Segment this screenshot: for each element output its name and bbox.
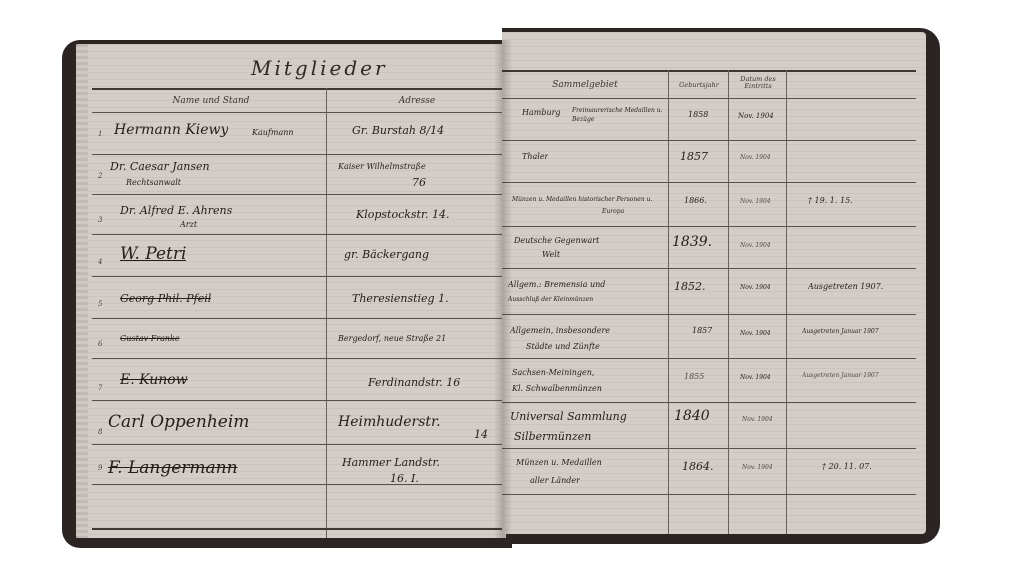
collecting-area: Hamburg [522, 108, 561, 117]
row-number: 5 [98, 300, 102, 308]
row-rule [92, 276, 506, 277]
row-rule [502, 314, 916, 315]
row-number: 7 [98, 384, 102, 392]
member-occupation: Kaufmann [252, 128, 294, 137]
member-occupation: Rechtsanwalt [126, 178, 181, 187]
birth-year: 1840 [674, 408, 710, 424]
page-title: Mitglieder [251, 56, 388, 80]
column-header-collecting-area: Sammelgebiet [502, 80, 668, 90]
collecting-area-detail: Ausschluß der Kleinmünzen [508, 296, 593, 303]
page-edge-stack [76, 44, 88, 538]
entry-date: Nov. 1904 [738, 112, 774, 120]
birth-year: 1852. [674, 280, 706, 293]
member-address: Heimhuderstr. [338, 414, 441, 430]
row-rule [502, 268, 916, 269]
member-address: Gr. Burstah 8/14 [352, 124, 444, 137]
row-rule [92, 234, 506, 235]
member-name: Dr. Caesar Jansen [110, 160, 210, 173]
bottom-rule [92, 528, 506, 530]
remarks: † 20. 11. 07. [822, 462, 872, 471]
remarks: Ausgetreten 1907. [808, 282, 883, 291]
collecting-area: Allgem.: Bremensia und [508, 280, 605, 289]
right-page: Sammelgebiet Geburtsjahr Datum des Eintr… [502, 32, 926, 534]
collecting-area-detail: Silbermünzen [514, 430, 591, 443]
row-rule [92, 194, 506, 195]
row-number: 2 [98, 172, 102, 180]
row-rule [502, 402, 916, 403]
member-name: Dr. Alfred E. Ahrens [120, 204, 232, 217]
member-name: Carl Oppenheim [108, 412, 249, 432]
row-number: 1 [98, 130, 102, 138]
column-header-address: Adresse [328, 96, 506, 106]
member-name: W. Petri [120, 244, 186, 264]
row-rule [502, 226, 916, 227]
collecting-area-detail: Europa [602, 208, 624, 215]
collecting-area: Münzen u. Medaillen [516, 458, 602, 467]
entry-date: Nov. 1904 [742, 464, 773, 471]
entry-date: Nov. 1904 [742, 416, 773, 423]
column-header-name: Name und Stand [106, 96, 316, 106]
birth-year: 1866. [684, 196, 707, 205]
member-address-line2: 14 [474, 428, 488, 441]
member-address: Kaiser Wilhelmstraße [338, 162, 426, 171]
entry-date: Nov. 1904 [740, 374, 771, 381]
entry-date: Nov. 1904 [740, 284, 771, 291]
book-gutter [494, 40, 512, 538]
collecting-area-detail: Freimaurerische Medaillen u. Bezüge [572, 106, 666, 124]
member-name: E. Kunow [120, 372, 188, 388]
birth-year: 1839. [672, 234, 712, 250]
member-address: gr. Bäckergang [344, 248, 429, 261]
row-rule [502, 358, 916, 359]
row-rule [92, 358, 506, 359]
header-bottom-rule [92, 112, 506, 113]
header-bottom-rule [502, 98, 916, 99]
row-number: 8 [98, 428, 102, 436]
left-page: Mitglieder Name und Stand Adresse 1 Herm… [76, 44, 506, 538]
remarks: Ausgetreten Januar 1907 [802, 372, 879, 379]
member-address: Hammer Landstr. [342, 456, 440, 469]
member-address: Klopstockstr. 14. [356, 208, 450, 221]
row-rule [92, 484, 506, 485]
collecting-area-detail: Welt [542, 250, 560, 259]
row-rule [92, 444, 506, 445]
entry-date: Nov. 1904 [740, 198, 771, 205]
birth-year: 1864. [682, 460, 714, 473]
row-number: 4 [98, 258, 102, 266]
header-top-rule [502, 70, 916, 72]
collecting-area: Thaler [522, 152, 548, 161]
ledger-book: Mitglieder Name und Stand Adresse 1 Herm… [62, 28, 940, 548]
row-rule [92, 318, 506, 319]
birth-year: 1858 [688, 110, 708, 119]
collecting-area-detail: Kl. Schwalbenmünzen [512, 384, 602, 393]
member-name: F. Langermann [108, 458, 238, 478]
collecting-area: Sachsen-Meiningen, [512, 368, 594, 377]
member-name: Hermann Kiewy [114, 122, 228, 138]
member-name: Georg Phil. Pfeil [120, 292, 211, 305]
collecting-area: Münzen u. Medaillen historischer Persone… [512, 196, 666, 203]
member-address-line2: 76 [412, 176, 426, 189]
row-rule [92, 400, 506, 401]
member-address: Ferdinandstr. 16 [368, 376, 460, 389]
row-rule [502, 494, 916, 495]
member-address: Bergedorf, neue Straße 21 [338, 334, 446, 343]
header-top-rule [92, 88, 506, 90]
row-number: 3 [98, 216, 102, 224]
member-address-line2: 16. I. [390, 472, 419, 485]
collecting-area-detail: Städte und Zünfte [526, 342, 600, 351]
row-rule [92, 154, 506, 155]
collecting-area: Deutsche Gegenwart [514, 236, 599, 245]
member-address: Theresienstieg 1. [352, 292, 449, 305]
birth-year: 1857 [680, 150, 708, 163]
entry-date: Nov. 1904 [740, 154, 771, 161]
column-divider [326, 88, 327, 538]
member-name: Gustav Franke [120, 334, 180, 343]
row-rule [502, 448, 916, 449]
row-rule [502, 140, 916, 141]
birth-year: 1855 [684, 372, 704, 381]
column-header-entry-date: Datum des Eintritts [730, 76, 786, 90]
entry-date: Nov. 1904 [740, 242, 771, 249]
member-occupation: Arzt [180, 220, 197, 229]
row-number: 6 [98, 340, 102, 348]
row-rule [502, 182, 916, 183]
collecting-area: Universal Sammlung [510, 410, 627, 423]
birth-year: 1857 [692, 326, 712, 335]
row-number: 9 [98, 464, 102, 472]
collecting-area: Allgemein, insbesondere [510, 326, 610, 335]
remarks: Ausgetreten Januar 1907 [802, 328, 879, 335]
entry-date: Nov. 1904 [740, 330, 771, 337]
column-header-birth-year: Geburtsjahr [670, 82, 728, 89]
collecting-area-detail: aller Länder [530, 476, 580, 485]
remarks: † 19. 1. 15. [808, 196, 853, 205]
